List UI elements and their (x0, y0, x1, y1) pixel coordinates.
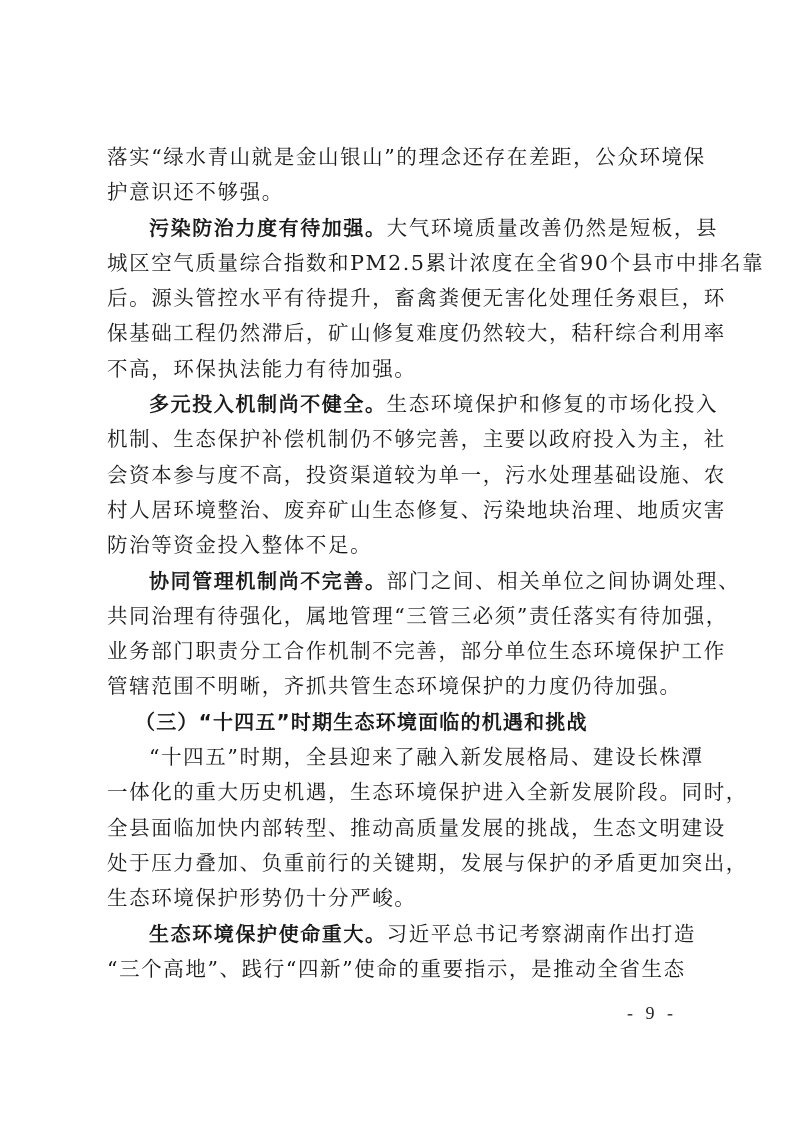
text-line: 全县面临加快内部转型、推动高质量发展的挑战，生态文明建设 (107, 811, 691, 846)
section-heading: （三）“十四五”时期生态环境面临的机遇和挑战 (107, 705, 691, 740)
text-line: 一体化的重大历史机遇，生态环境保护进入全新发展阶段。同时， (107, 775, 691, 810)
paragraph-lead: 多元投入机制尚不健全。 (149, 392, 387, 416)
paragraph-lead: 生态环境保护使命重大。 (149, 922, 387, 946)
document-body: 落实“绿水青山就是金山银山”的理念还存在差距，公众环境保 护意识还不够强。 污染… (107, 140, 691, 987)
text-line: 共同治理有待强化，属地管理“三管三必须”责任落实有待加强， (107, 599, 691, 634)
text-span: 部门之间、相关单位之间协调处理、 (387, 569, 741, 593)
text-line: “三个高地”、践行“四新”使命的重要指示，是推动全省生态 (107, 952, 691, 987)
text-line: 不高，环保执法能力有待加强。 (107, 352, 691, 387)
paragraph-first-line: 协同管理机制尚不完善。部门之间、相关单位之间协调处理、 (107, 564, 691, 599)
text-line: 城区空气质量综合指数和PM2.5累计浓度在全省90个县市中排名靠 (107, 246, 691, 281)
text-line: 生态环境保护形势仍十分严峻。 (107, 881, 691, 916)
text-span: 大气环境质量改善仍然是短板，县 (387, 216, 719, 240)
paragraph-first-line: 多元投入机制尚不健全。生态环境保护和修复的市场化投入 (107, 387, 691, 422)
paragraph-first-line: 污染防治力度有待加强。大气环境质量改善仍然是短板，县 (107, 211, 691, 246)
text-line: 保基础工程仍然滞后，矿山修复难度仍然较大，秸秆综合利用率 (107, 316, 691, 351)
paragraph-lead: 污染防治力度有待加强。 (149, 216, 387, 240)
text-line: 防治等资金投入整体不足。 (107, 528, 691, 563)
paragraph-first-line: 生态环境保护使命重大。习近平总书记考察湖南作出打造 (107, 917, 691, 952)
text-line: 会资本参与度不高，投资渠道较为单一，污水处理基础设施、农 (107, 458, 691, 493)
page-number: - 9 - (627, 1003, 677, 1024)
text-line: 后。源头管控水平有待提升，畜禽粪便无害化处理任务艰巨，环 (107, 281, 691, 316)
text-span: 生态环境保护和修复的市场化投入 (387, 392, 719, 416)
text-span: 习近平总书记考察湖南作出打造 (387, 922, 696, 946)
text-line: 处于压力叠加、负重前行的关键期，发展与保护的矛盾更加突出， (107, 846, 691, 881)
text-line: “十四五”时期，全县迎来了融入新发展格局、建设长株潭 (107, 740, 691, 775)
text-line: 机制、生态保护补偿机制仍不够完善，主要以政府投入为主，社 (107, 422, 691, 457)
text-line: 村人居环境整治、废弃矿山生态修复、污染地块治理、地质灾害 (107, 493, 691, 528)
text-line: 业务部门职责分工合作机制不完善，部分单位生态环境保护工作 (107, 634, 691, 669)
text-line: 管辖范围不明晰，齐抓共管生态环境保护的力度仍待加强。 (107, 669, 691, 704)
paragraph-lead: 协同管理机制尚不完善。 (149, 569, 387, 593)
text-line: 护意识还不够强。 (107, 175, 691, 210)
text-line: 落实“绿水青山就是金山银山”的理念还存在差距，公众环境保 (107, 140, 691, 175)
